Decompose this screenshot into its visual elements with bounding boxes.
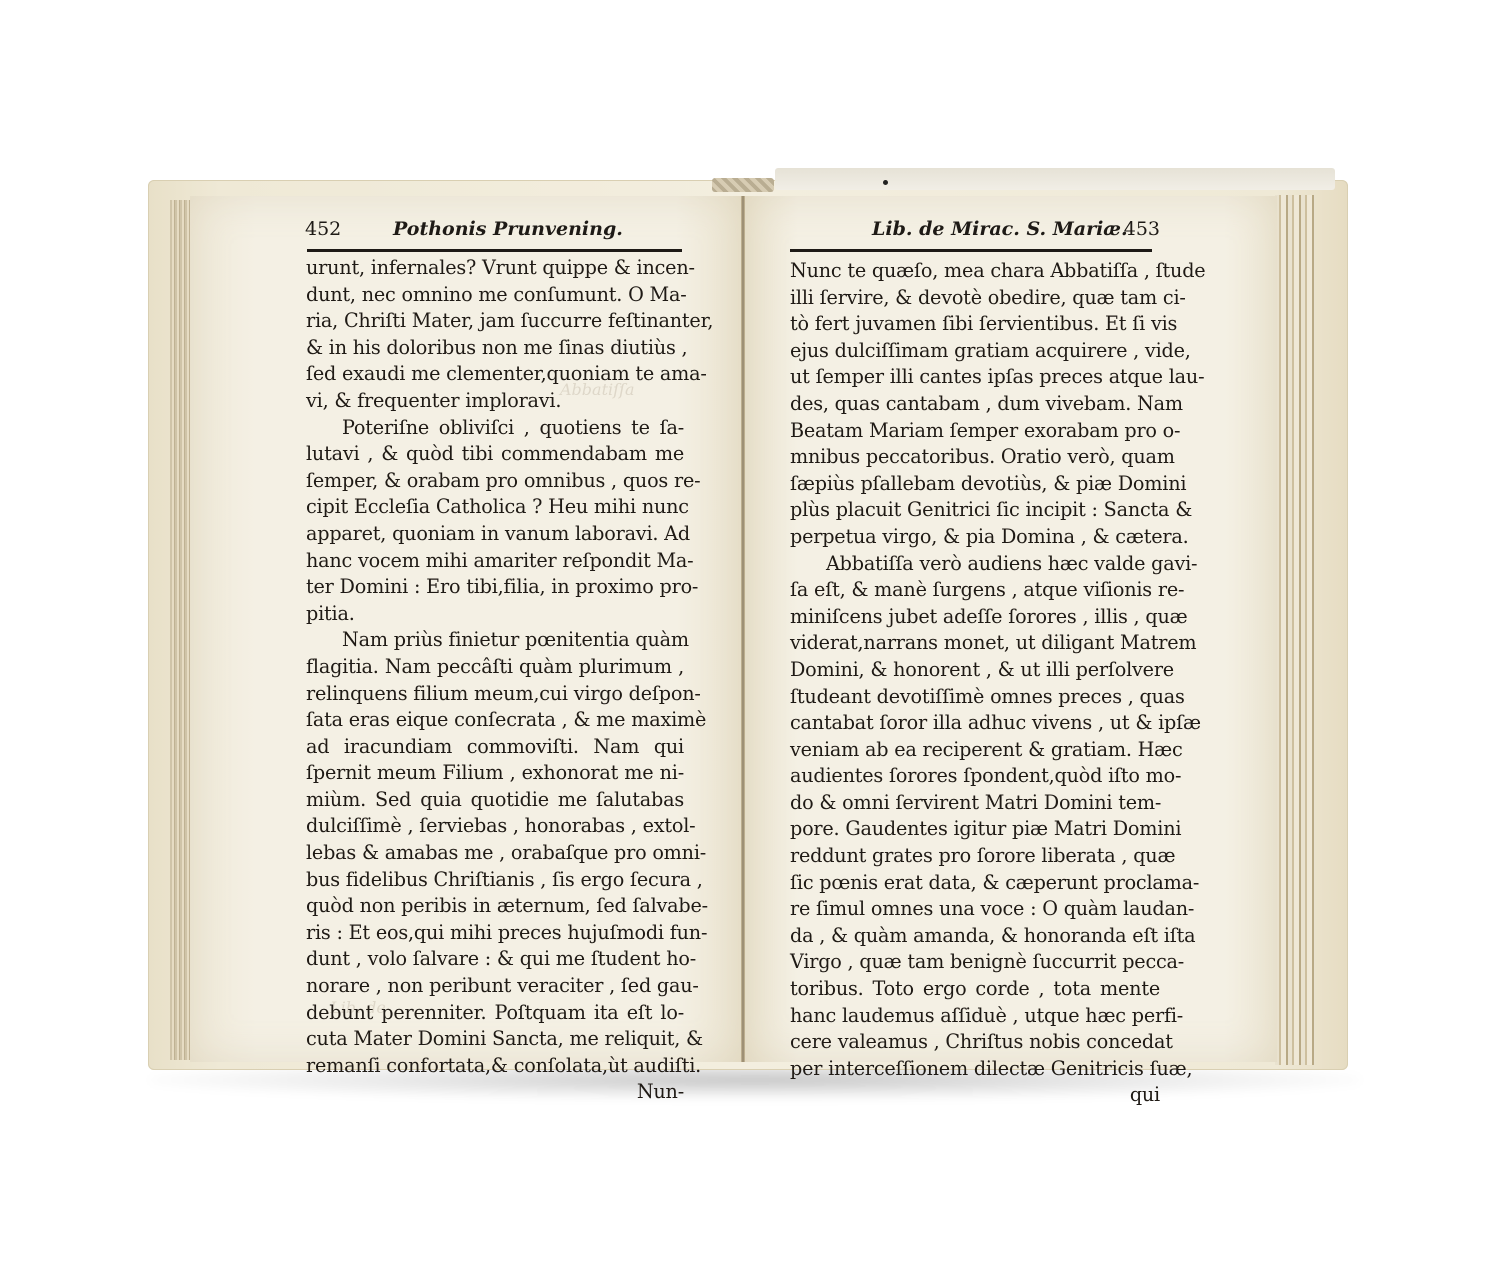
text-line: Beatam Mariam ſemper exorabam pro o- xyxy=(790,418,1160,445)
text-line: viderat,narrans monet, ut diligant Matre… xyxy=(790,630,1160,657)
text-line: Poteriſne obliviſci , quotiens te ſa- xyxy=(306,415,684,442)
text-line: & in his doloribus non me ſinas diutiùs … xyxy=(306,335,684,362)
text-line: hanc vocem mihi amariter reſpondit Ma- xyxy=(306,548,684,575)
text-line: hanc laudemus aſſiduè , utque hæc perfi- xyxy=(790,1003,1160,1030)
text-line: da , & quàm amanda, & honoranda eſt iſta xyxy=(790,923,1160,950)
left-running-head: 452 Pothonis Prunvening. xyxy=(305,218,683,248)
text-line: ſpernit meum Filium , exhonorat me ni- xyxy=(306,760,684,787)
right-page-text: Nunc te quæſo, mea chara Abbatiſſa , ſtu… xyxy=(790,258,1160,1109)
text-line: debunt perenniter. Poſtquam ita eſt lo- xyxy=(306,1000,684,1027)
left-running-title: Pothonis Prunvening. xyxy=(393,218,623,240)
text-line: lebas & amabas me , orabaſque pro omni- xyxy=(306,840,684,867)
text-line: remanſi confortata,& conſolata,ùt audiſt… xyxy=(306,1053,684,1080)
text-line: dunt, nec omnino me conſumunt. O Ma- xyxy=(306,282,684,309)
text-line: Nunc te quæſo, mea chara Abbatiſſa , ſtu… xyxy=(790,258,1160,285)
text-line: lutavi , & quòd tibi commendabam me xyxy=(306,441,684,468)
text-line: cantabat ſoror illa adhuc vivens , ut & … xyxy=(790,710,1160,737)
left-page-text: urunt, infernales? Vrunt quippe & incen-… xyxy=(306,255,684,1106)
text-line: relinquens filium meum,cui virgo deſpon- xyxy=(306,681,684,708)
text-line: Nam priùs finietur pœnitentia quàm xyxy=(306,627,684,654)
text-line: flagitia. Nam peccâſti quàm plurimum , xyxy=(306,654,684,681)
book-gutter xyxy=(741,196,745,1062)
text-line: ris : Et eos,qui mihi preces hujuſmodi f… xyxy=(306,920,684,947)
text-line: mnibus peccatoribus. Oratio verò, quam xyxy=(790,444,1160,471)
text-line: re ſimul omnes una voce : O quàm laudan- xyxy=(790,896,1160,923)
text-line: toribus. Toto ergo corde , tota mente xyxy=(790,976,1160,1003)
text-line: cipit Eccleſia Catholica ? Heu mihi nunc xyxy=(306,494,684,521)
text-line: ſata eras eique conſecrata , & me maximè xyxy=(306,707,684,734)
text-line: pore. Gaudentes igitur piæ Matri Domini xyxy=(790,816,1160,843)
page-block-edge-left xyxy=(170,200,192,1060)
text-line: ad iracundiam commoviſti. Nam qui xyxy=(306,734,684,761)
text-line: Abbatiſſa verò audiens hæc valde gavi- xyxy=(790,551,1160,578)
text-line: norare , non peribunt veraciter , ſed ga… xyxy=(306,973,684,1000)
text-line: ria, Chriſti Mater, jam ſuccurre feſtina… xyxy=(306,308,684,335)
text-line: ſemper, & orabam pro omnibus , quos re- xyxy=(306,468,684,495)
text-line: dunt , volo ſalvare : & qui me ſtudent h… xyxy=(306,946,684,973)
text-line: do & omni ſervirent Matri Domini tem- xyxy=(790,790,1160,817)
catchword: qui xyxy=(790,1082,1160,1109)
text-line: ſtudeant devotiſſimè omnes preces , quas xyxy=(790,684,1160,711)
left-page-number: 452 xyxy=(305,218,341,240)
text-line: apparet, quoniam in vanum laboravi. Ad xyxy=(306,521,684,548)
text-line: cere valeamus , Chriſtus nobis concedat xyxy=(790,1029,1160,1056)
page-block-edge-right xyxy=(1275,195,1315,1065)
text-line: miniſcens jubet adeſſe ſorores , illis ,… xyxy=(790,604,1160,631)
torn-spine-fragment xyxy=(712,178,774,192)
right-running-head: Lib. de Mirac. S. Mariæ. 453 xyxy=(790,218,1160,248)
text-line: illi ſervire, & devotè obedire, quæ tam … xyxy=(790,285,1160,312)
right-page-number: 453 xyxy=(1124,218,1160,240)
right-running-title: Lib. de Mirac. S. Mariæ. xyxy=(872,218,1128,240)
text-line: audientes ſorores ſpondent,quòd iſto mo- xyxy=(790,763,1160,790)
text-line: ſa eſt, & manè ſurgens , atque viſionis … xyxy=(790,577,1160,604)
text-line: quòd non peribis in æternum, ſed ſalvabe… xyxy=(306,893,684,920)
text-line: Domini, & honorent , & ut illi perſolver… xyxy=(790,657,1160,684)
text-line: reddunt grates pro ſorore liberata , quæ xyxy=(790,843,1160,870)
cover-flap-top xyxy=(775,168,1335,190)
text-line: veniam ab ea reciperent & gratiam. Hæc xyxy=(790,737,1160,764)
right-head-rule xyxy=(790,249,1152,252)
text-line: ſed exaudi me clementer,quoniam te ama- xyxy=(306,361,684,388)
text-line: ut ſemper illi cantes ipſas preces atque… xyxy=(790,364,1160,391)
text-line: tò fert juvamen ſibi ſervientibus. Et ſi… xyxy=(790,311,1160,338)
text-line: perpetua virgo, & pia Domina , & cætera. xyxy=(790,524,1160,551)
text-line: per interceſſionem dilectæ Genitricis ſu… xyxy=(790,1056,1160,1083)
text-line: cuta Mater Domini Sancta, me reliquit, & xyxy=(306,1026,684,1053)
left-head-rule xyxy=(307,249,682,252)
text-line: ſæpiùs pſallebam devotiùs, & piæ Domini xyxy=(790,471,1160,498)
text-line: dulciſſimè , ſerviebas , honorabas , ext… xyxy=(306,813,684,840)
text-line: urunt, infernales? Vrunt quippe & incen- xyxy=(306,255,684,282)
catchword: Nun- xyxy=(306,1079,684,1106)
text-line: ter Domini : Ero tibi,filia, in proximo … xyxy=(306,574,684,601)
text-line: vi, & frequenter imploravi. xyxy=(306,388,684,415)
text-line: pitia. xyxy=(306,601,684,628)
text-line: bus fidelibus Chriſtianis , ſis ergo ſec… xyxy=(306,867,684,894)
wormhole-mark xyxy=(883,180,888,185)
text-line: ejus dulciſſimam gratiam acquirere , vid… xyxy=(790,338,1160,365)
text-line: miùm. Sed quia quotidie me ſalutabas xyxy=(306,787,684,814)
text-line: des, quas cantabam , dum vivebam. Nam xyxy=(790,391,1160,418)
text-line: Virgo , quæ tam benignè ſuccurrit pecca- xyxy=(790,949,1160,976)
text-line: plùs placuit Genitrici ſic incipit : San… xyxy=(790,497,1160,524)
text-line: ſic pœnis erat data, & cæperunt proclama… xyxy=(790,870,1160,897)
